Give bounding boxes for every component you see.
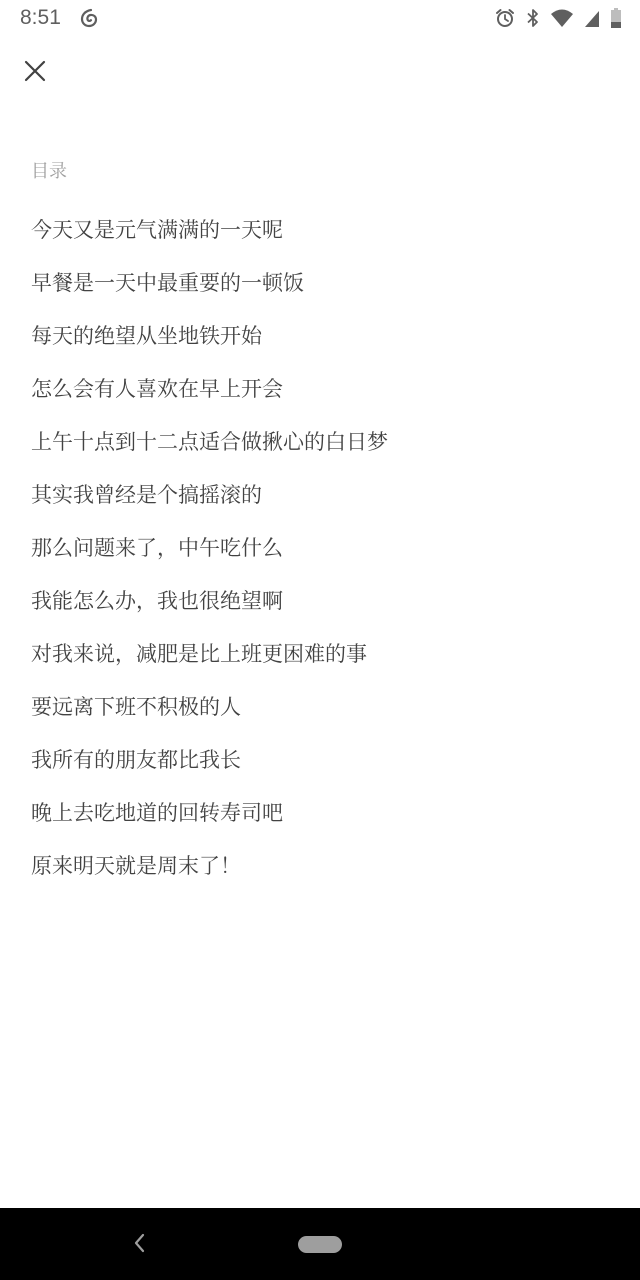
netease-music-icon: [78, 7, 100, 29]
close-button[interactable]: [14, 52, 56, 94]
back-chevron-icon: [132, 1232, 146, 1258]
toc-list: 今天又是元气满满的一天呢 早餐是一天中最重要的一顿饭 每天的绝望从坐地铁开始 怎…: [31, 212, 611, 901]
home-pill-button[interactable]: [298, 1236, 342, 1253]
toc-item[interactable]: 怎么会有人喜欢在早上开会: [31, 371, 611, 424]
close-icon: [23, 59, 47, 87]
wifi-icon: [550, 7, 574, 29]
toc-item[interactable]: 我所有的朋友都比我长: [31, 742, 611, 795]
system-nav-bar: [0, 1208, 640, 1280]
toc-item[interactable]: 晚上去吃地道的回转寿司吧: [31, 795, 611, 848]
toc-item[interactable]: 对我来说，减肥是比上班更困难的事: [31, 636, 611, 689]
toc-item[interactable]: 每天的绝望从坐地铁开始: [31, 318, 611, 371]
toc-item[interactable]: 那么问题来了，中午吃什么: [31, 530, 611, 583]
toc-item[interactable]: 其实我曾经是个搞摇滚的: [31, 477, 611, 530]
cellular-signal-icon: [583, 7, 601, 29]
toc-screen: 8:51: [0, 0, 640, 1280]
battery-icon: [610, 7, 622, 29]
toc-item[interactable]: 要远离下班不积极的人: [31, 689, 611, 742]
status-bar: 8:51: [0, 0, 640, 38]
toc-item[interactable]: 上午十点到十二点适合做揪心的白日梦: [31, 424, 611, 477]
alarm-icon: [494, 7, 516, 29]
toc-item[interactable]: 早餐是一天中最重要的一顿饭: [31, 265, 611, 318]
back-button[interactable]: [126, 1230, 152, 1260]
status-icons: [494, 6, 622, 30]
toc-item[interactable]: 今天又是元气满满的一天呢: [31, 212, 611, 265]
status-time: 8:51: [20, 6, 61, 30]
bluetooth-icon: [525, 7, 541, 29]
toc-item[interactable]: 原来明天就是周末了！: [31, 848, 611, 901]
toc-item[interactable]: 我能怎么办，我也很绝望啊: [31, 583, 611, 636]
toc-title: 目录: [31, 157, 67, 183]
